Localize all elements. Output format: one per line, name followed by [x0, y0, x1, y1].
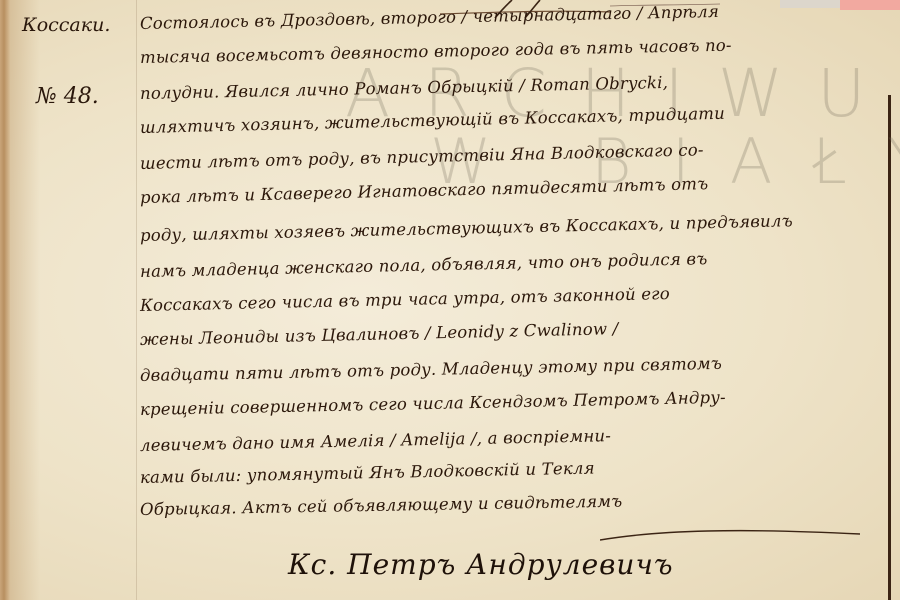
binding-edge: [0, 0, 10, 600]
text-line: Состоялось въ Дроздовѣ, второго / четырн…: [140, 2, 719, 33]
margin-place-name: Коссаки.: [22, 14, 110, 36]
priest-signature: Кс. Петръ Андрулевичъ: [288, 548, 674, 581]
margin-rule: [136, 0, 137, 600]
text-line: левичемъ дано имя Амелія / Amelija /, а …: [140, 426, 611, 455]
text-line: роду, шляхты хозяевъ жительствующихъ въ …: [140, 211, 793, 245]
signature-flourish-icon: [600, 526, 860, 546]
text-line: жены Леониды изъ Цвалиновъ / Leonidy z C…: [140, 319, 619, 349]
text-line: рока лѣтъ и Ксаверего Игнатовскаго пятид…: [140, 174, 709, 207]
text-line: ками были: упомянутый Янъ Влодковскій и …: [140, 458, 595, 487]
document-page: ARCHIWUM W BIAŁY Коссаки. № 48. Состояло…: [0, 0, 900, 600]
text-line: Коссакахъ сего числа въ три часа утра, о…: [140, 284, 670, 315]
corner-tab-red: [840, 0, 900, 10]
text-line: намъ младенца женскаго пола, объявляя, ч…: [140, 249, 708, 281]
margin-act-number: № 48.: [36, 84, 99, 109]
text-line: Обрыцкая. Актъ сей объявляющему и свидѣт…: [140, 492, 623, 519]
corner-tab-gray: [780, 0, 840, 8]
text-line: двадцати пяти лѣтъ отъ роду. Младенцу эт…: [140, 354, 722, 385]
text-line: крещеніи совершенномъ сего числа Ксендзо…: [140, 388, 726, 419]
